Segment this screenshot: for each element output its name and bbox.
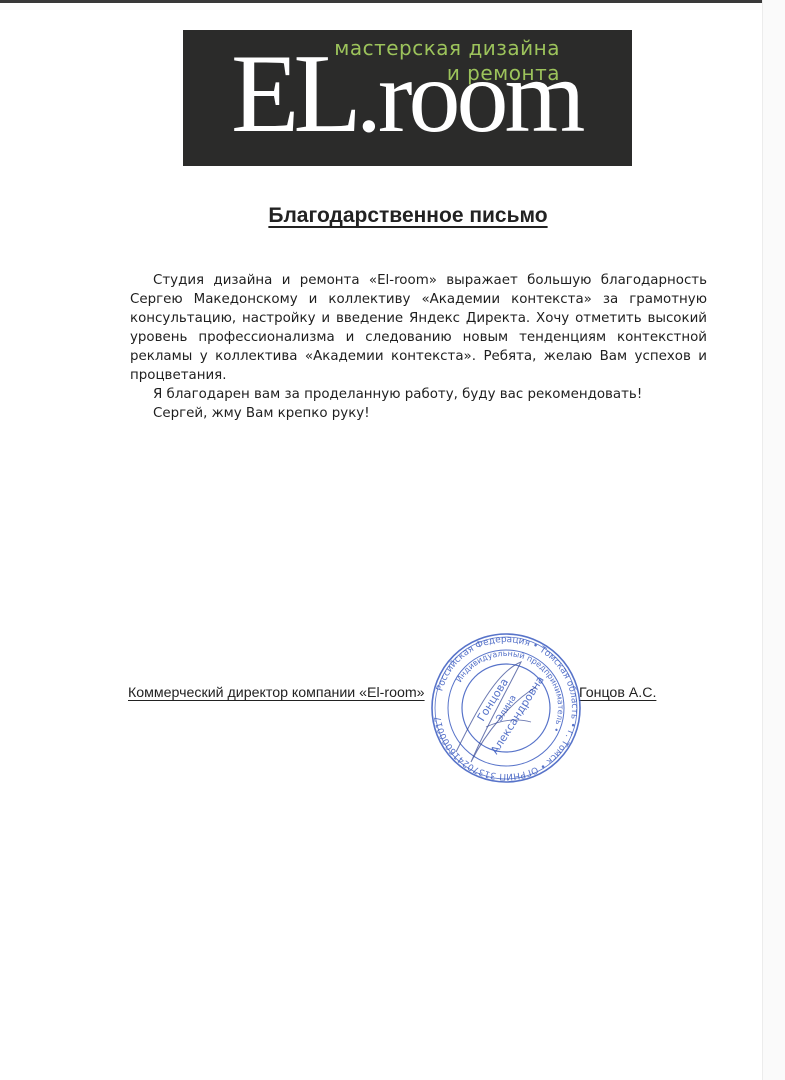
logo-wordmark-room: .room: [356, 39, 582, 154]
signatory-position: Коммерческий директор компании «El-room»: [128, 685, 425, 701]
company-logo: мастерская дизайна и ремонта EL.room: [183, 30, 632, 166]
logo-wordmark-el: EL: [231, 32, 356, 156]
letter-paragraph-gratitude: Я благодарен вам за проделанную работу, …: [130, 385, 707, 404]
logo-wordmark: EL.room: [231, 42, 581, 149]
company-stamp: Российская Федерация • Томская область •…: [426, 632, 586, 784]
letter-body: Студия дизайна и ремонта «El-room» выраж…: [130, 271, 707, 423]
signatory-name: Гонцов А.С.: [579, 685, 656, 701]
stamp-seal-icon: Российская Федерация • Томская область •…: [426, 632, 586, 784]
letter-paragraph-closing: Сергей, жму Вам крепко руку!: [130, 404, 707, 423]
letter-paragraph-main: Студия дизайна и ремонта «El-room» выраж…: [130, 271, 707, 385]
scan-right-edge: [762, 0, 785, 1080]
scan-top-edge: [0, 0, 785, 3]
letter-title: Благодарственное письмо: [0, 204, 785, 228]
